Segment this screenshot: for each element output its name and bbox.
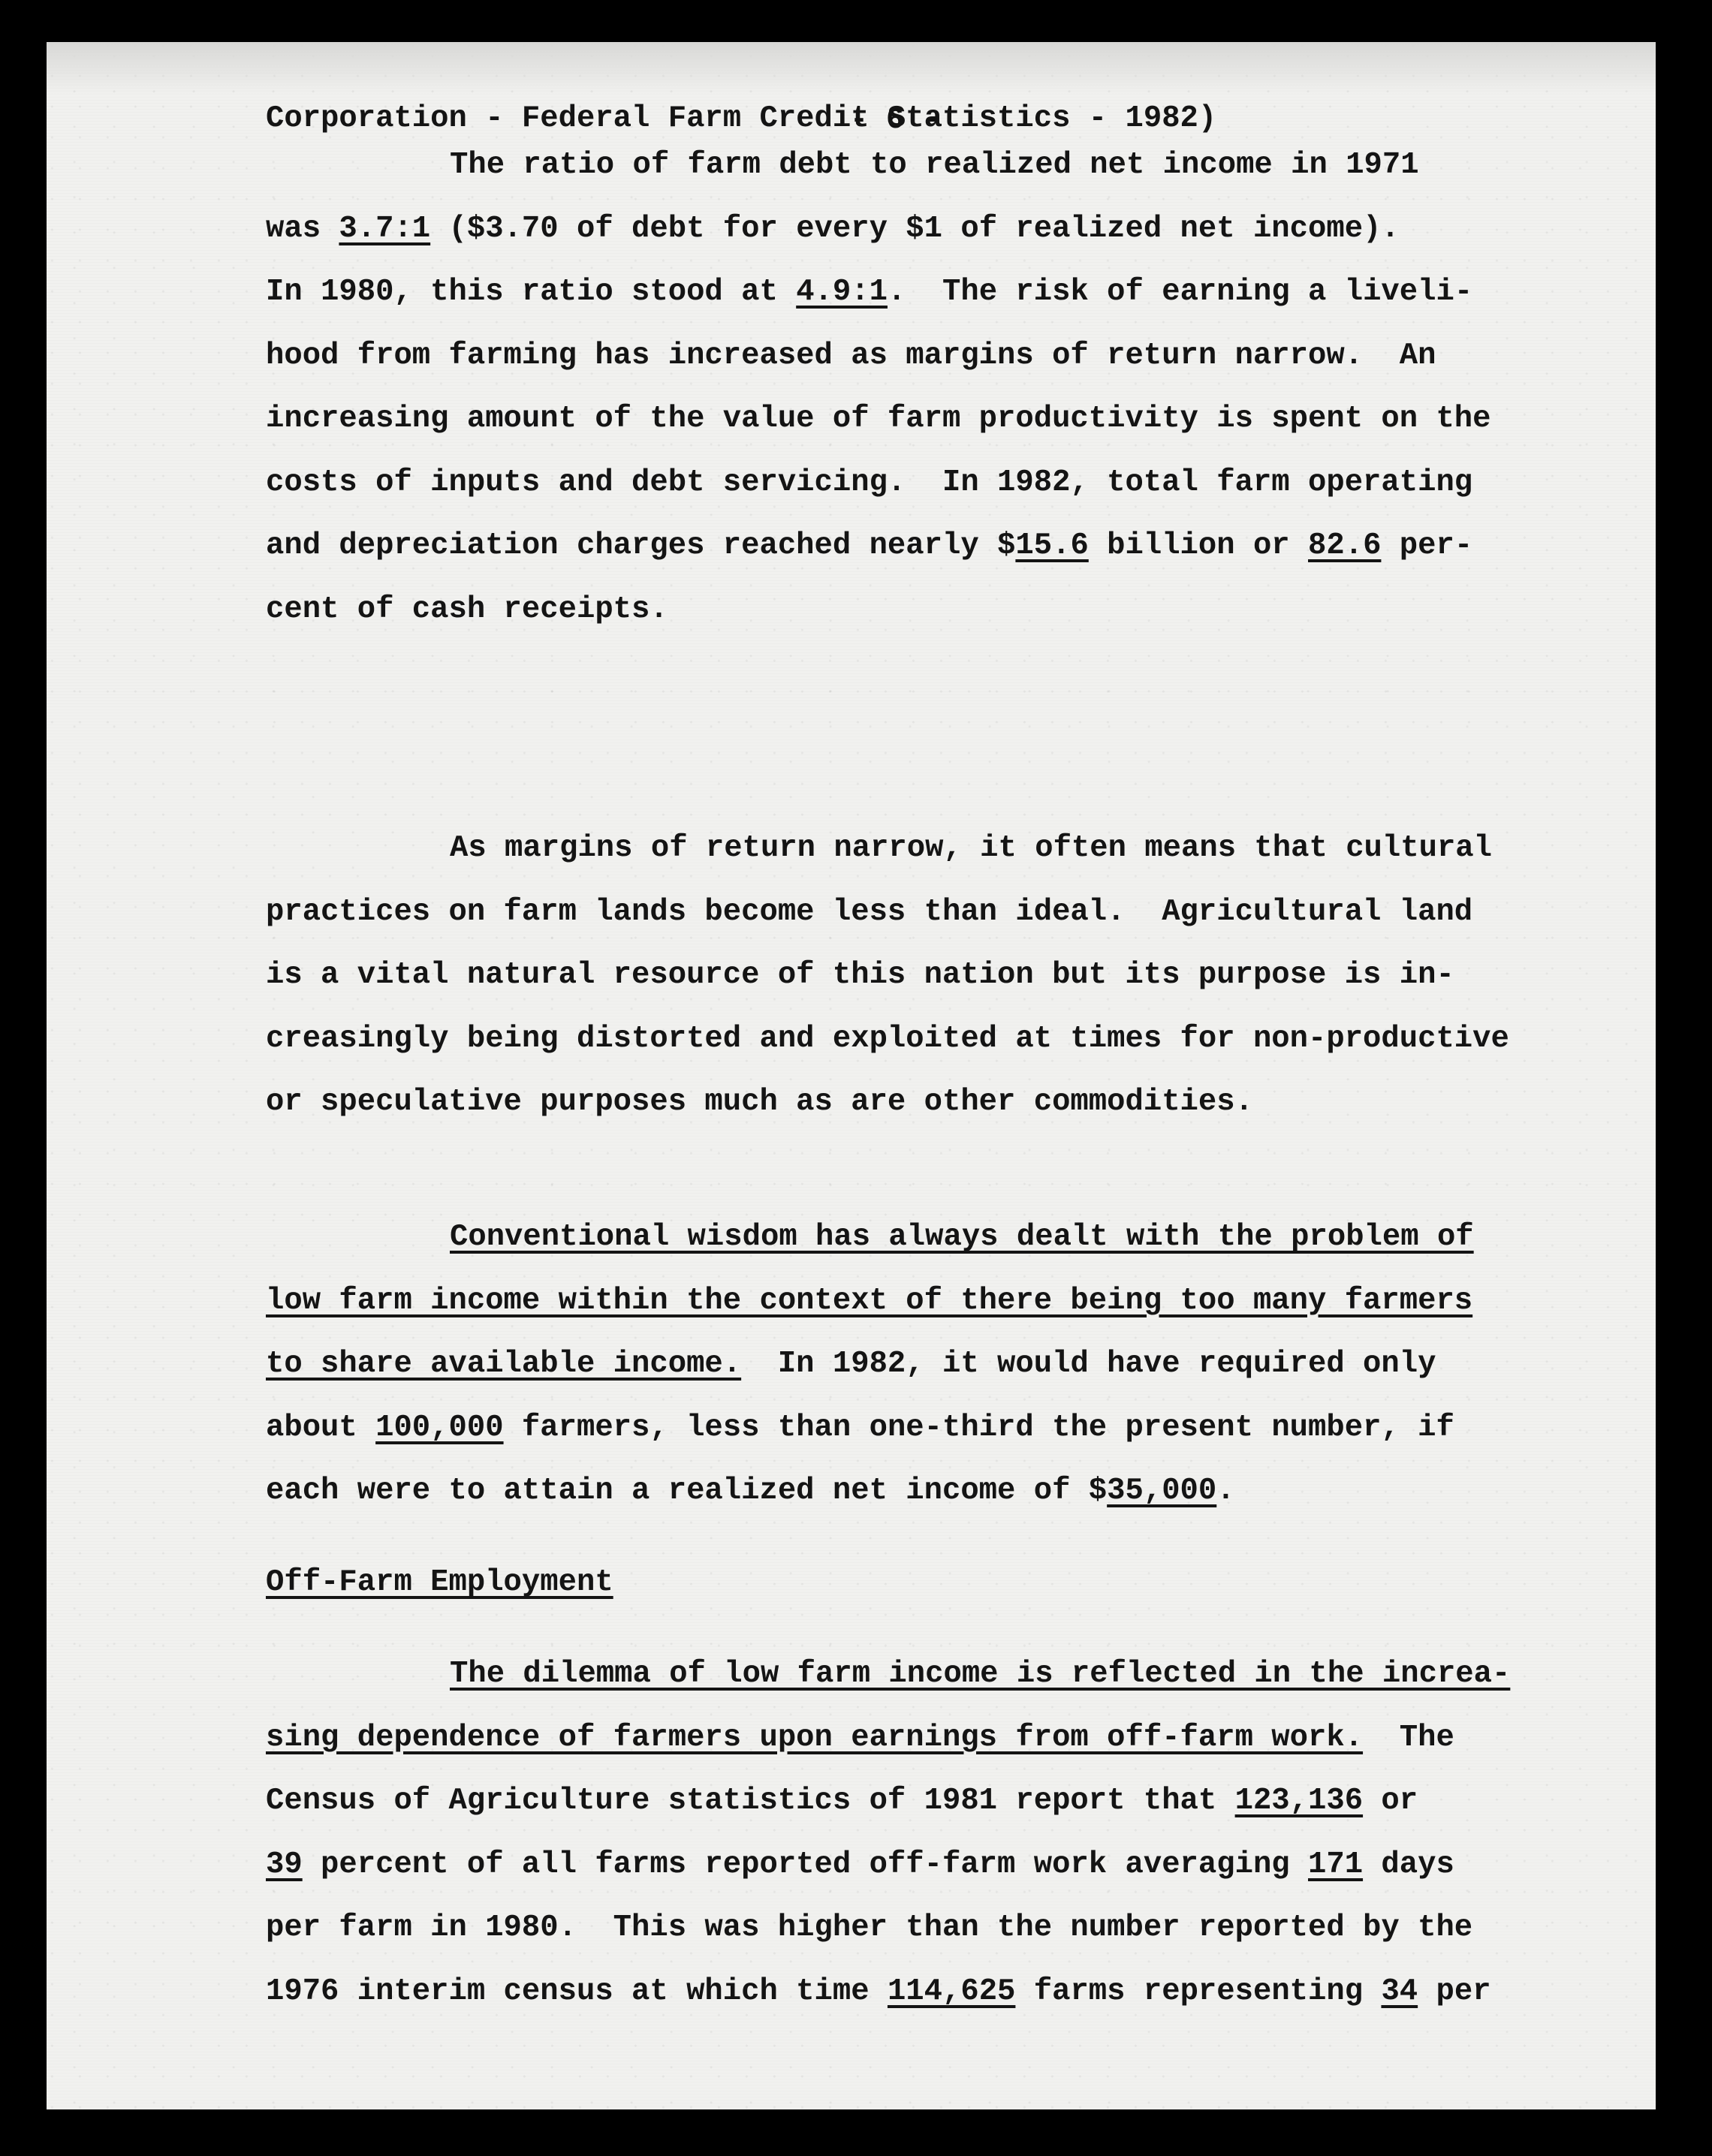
text-segment: The ratio of farm debt to realized net i…	[450, 148, 1419, 182]
text-segment: increasing amount of the value of farm p…	[266, 402, 1491, 436]
scan-edge-band	[47, 42, 1656, 95]
text-line: cent of cash receipts.	[266, 592, 668, 628]
section-heading-block: Off-Farm Employment	[266, 1564, 339, 1668]
text-line: was 3.7:1 ($3.70 of debt for every $1 of…	[266, 211, 1400, 247]
text-line: The ratio of farm debt to realized net i…	[450, 147, 1419, 183]
underlined-text: 39	[266, 1847, 303, 1882]
underlined-text: low farm income within the context of th…	[266, 1284, 1472, 1318]
text-segment: billion or	[1089, 528, 1308, 563]
text-segment: farmers, less than one-third the present…	[504, 1411, 1454, 1445]
text-segment: cent of cash receipts.	[266, 592, 668, 627]
underlined-text: Conventional wisdom has always dealt wit…	[450, 1220, 1474, 1254]
text-segment: per farm in 1980. This was higher than t…	[266, 1911, 1472, 1945]
text-segment: creasingly being distorted and exploited…	[266, 1022, 1509, 1056]
text-line: sing dependence of farmers upon earnings…	[266, 1720, 1454, 1756]
text-segment: each were to attain a realized net incom…	[266, 1474, 1107, 1508]
text-line: creasingly being distorted and exploited…	[266, 1021, 1509, 1057]
text-segment: In 1982, it would have required only	[741, 1347, 1436, 1381]
document-page: - 6 - Corporation - Federal Farm Credit …	[47, 42, 1656, 2109]
text-line: or speculative purposes much as are othe…	[266, 1084, 1253, 1120]
text-segment: ($3.70 of debt for every $1 of realized …	[430, 212, 1400, 246]
underlined-text: 82.6	[1308, 528, 1381, 563]
underlined-text: to share available income.	[266, 1347, 741, 1381]
text-line: The dilemma of low farm income is reflec…	[450, 1656, 1510, 1692]
underlined-text: 15.6	[1015, 528, 1088, 563]
text-segment: As margins of return narrow, it often me…	[450, 831, 1492, 866]
text-line: to share available income. In 1982, it w…	[266, 1346, 1436, 1382]
text-segment: and depreciation charges reached nearly …	[266, 528, 1015, 563]
underlined-text: 100,000	[375, 1411, 503, 1445]
text-segment: 1976 interim census at which time	[266, 1974, 888, 2009]
text-segment: Census of Agriculture statistics of 1981…	[266, 1784, 1235, 1818]
text-line: each were to attain a realized net incom…	[266, 1473, 1235, 1509]
text-segment: .	[1216, 1474, 1234, 1508]
text-segment: per	[1418, 1974, 1490, 2009]
text-line: increasing amount of the value of farm p…	[266, 401, 1491, 437]
text-line: Conventional wisdom has always dealt wit…	[450, 1219, 1474, 1255]
text-line: about 100,000 farmers, less than one-thi…	[266, 1410, 1454, 1446]
underlined-text: 34	[1381, 1974, 1418, 2009]
text-segment: was	[266, 212, 339, 246]
text-line: and depreciation charges reached nearly …	[266, 528, 1472, 564]
text-segment: In 1980, this ratio stood at	[266, 275, 796, 309]
continuation-line-block: Corporation - Federal Farm Credit Statis…	[266, 101, 339, 204]
text-line: In 1980, this ratio stood at 4.9:1. The …	[266, 274, 1472, 310]
section-heading-off-farm-employment: Off-Farm Employment	[266, 1564, 613, 1600]
text-line: Census of Agriculture statistics of 1981…	[266, 1783, 1418, 1819]
continuation-line: Corporation - Federal Farm Credit Statis…	[266, 101, 1216, 137]
text-segment: hood from farming has increased as margi…	[266, 339, 1436, 373]
text-segment: per-	[1381, 528, 1472, 563]
text-line: low farm income within the context of th…	[266, 1283, 1472, 1319]
text-segment: . The risk of earning a liveli-	[888, 275, 1472, 309]
text-line: per farm in 1980. This was higher than t…	[266, 1910, 1472, 1946]
underlined-text: 4.9:1	[796, 275, 888, 309]
text-segment: practices on farm lands become less than…	[266, 895, 1472, 929]
underlined-text: 114,625	[888, 1974, 1015, 2009]
text-segment: or	[1363, 1784, 1418, 1818]
text-segment: or speculative purposes much as are othe…	[266, 1085, 1253, 1119]
text-segment: about	[266, 1411, 375, 1445]
text-segment: costs of inputs and debt servicing. In 1…	[266, 465, 1472, 500]
underlined-text: sing dependence of farmers upon earnings…	[266, 1721, 1363, 1755]
underlined-text: 123,136	[1235, 1784, 1363, 1818]
text-line: practices on farm lands become less than…	[266, 894, 1472, 930]
text-line: 1976 interim census at which time 114,62…	[266, 1974, 1491, 2010]
text-line: costs of inputs and debt servicing. In 1…	[266, 465, 1472, 501]
text-segment: farms representing	[1015, 1974, 1381, 2009]
underlined-text: 3.7:1	[339, 212, 430, 246]
text-segment: percent of all farms reported off-farm w…	[303, 1847, 1308, 1882]
text-line: As margins of return narrow, it often me…	[450, 830, 1492, 866]
text-line: hood from farming has increased as margi…	[266, 338, 1436, 374]
text-segment: days	[1363, 1847, 1454, 1882]
text-segment: The	[1363, 1721, 1454, 1755]
text-line: is a vital natural resource of this nati…	[266, 957, 1454, 993]
text-line: 39 percent of all farms reported off-far…	[266, 1847, 1454, 1883]
text-segment: is a vital natural resource of this nati…	[266, 958, 1454, 992]
underlined-text: 171	[1308, 1847, 1363, 1882]
underlined-text: 35,000	[1107, 1474, 1216, 1508]
underlined-text: The dilemma of low farm income is reflec…	[450, 1657, 1510, 1691]
